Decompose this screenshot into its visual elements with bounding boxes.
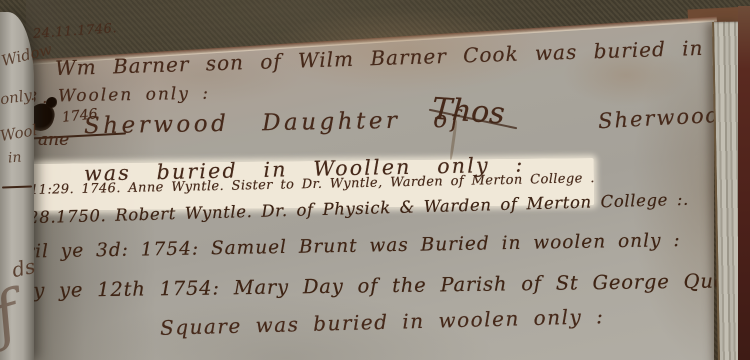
ink-blot-small — [46, 97, 57, 108]
margin-fragment-in: in — [7, 150, 22, 167]
manuscript-photo: 24.11.1746. Wm Barner son of Wilm Barner… — [0, 0, 750, 360]
entry-line-woolen: Woolen only : — [58, 84, 210, 107]
margin-fragment-ds: ds — [10, 254, 38, 282]
binding-cover — [738, 6, 750, 360]
entry-sherwood-prefix: ane — [38, 130, 69, 150]
